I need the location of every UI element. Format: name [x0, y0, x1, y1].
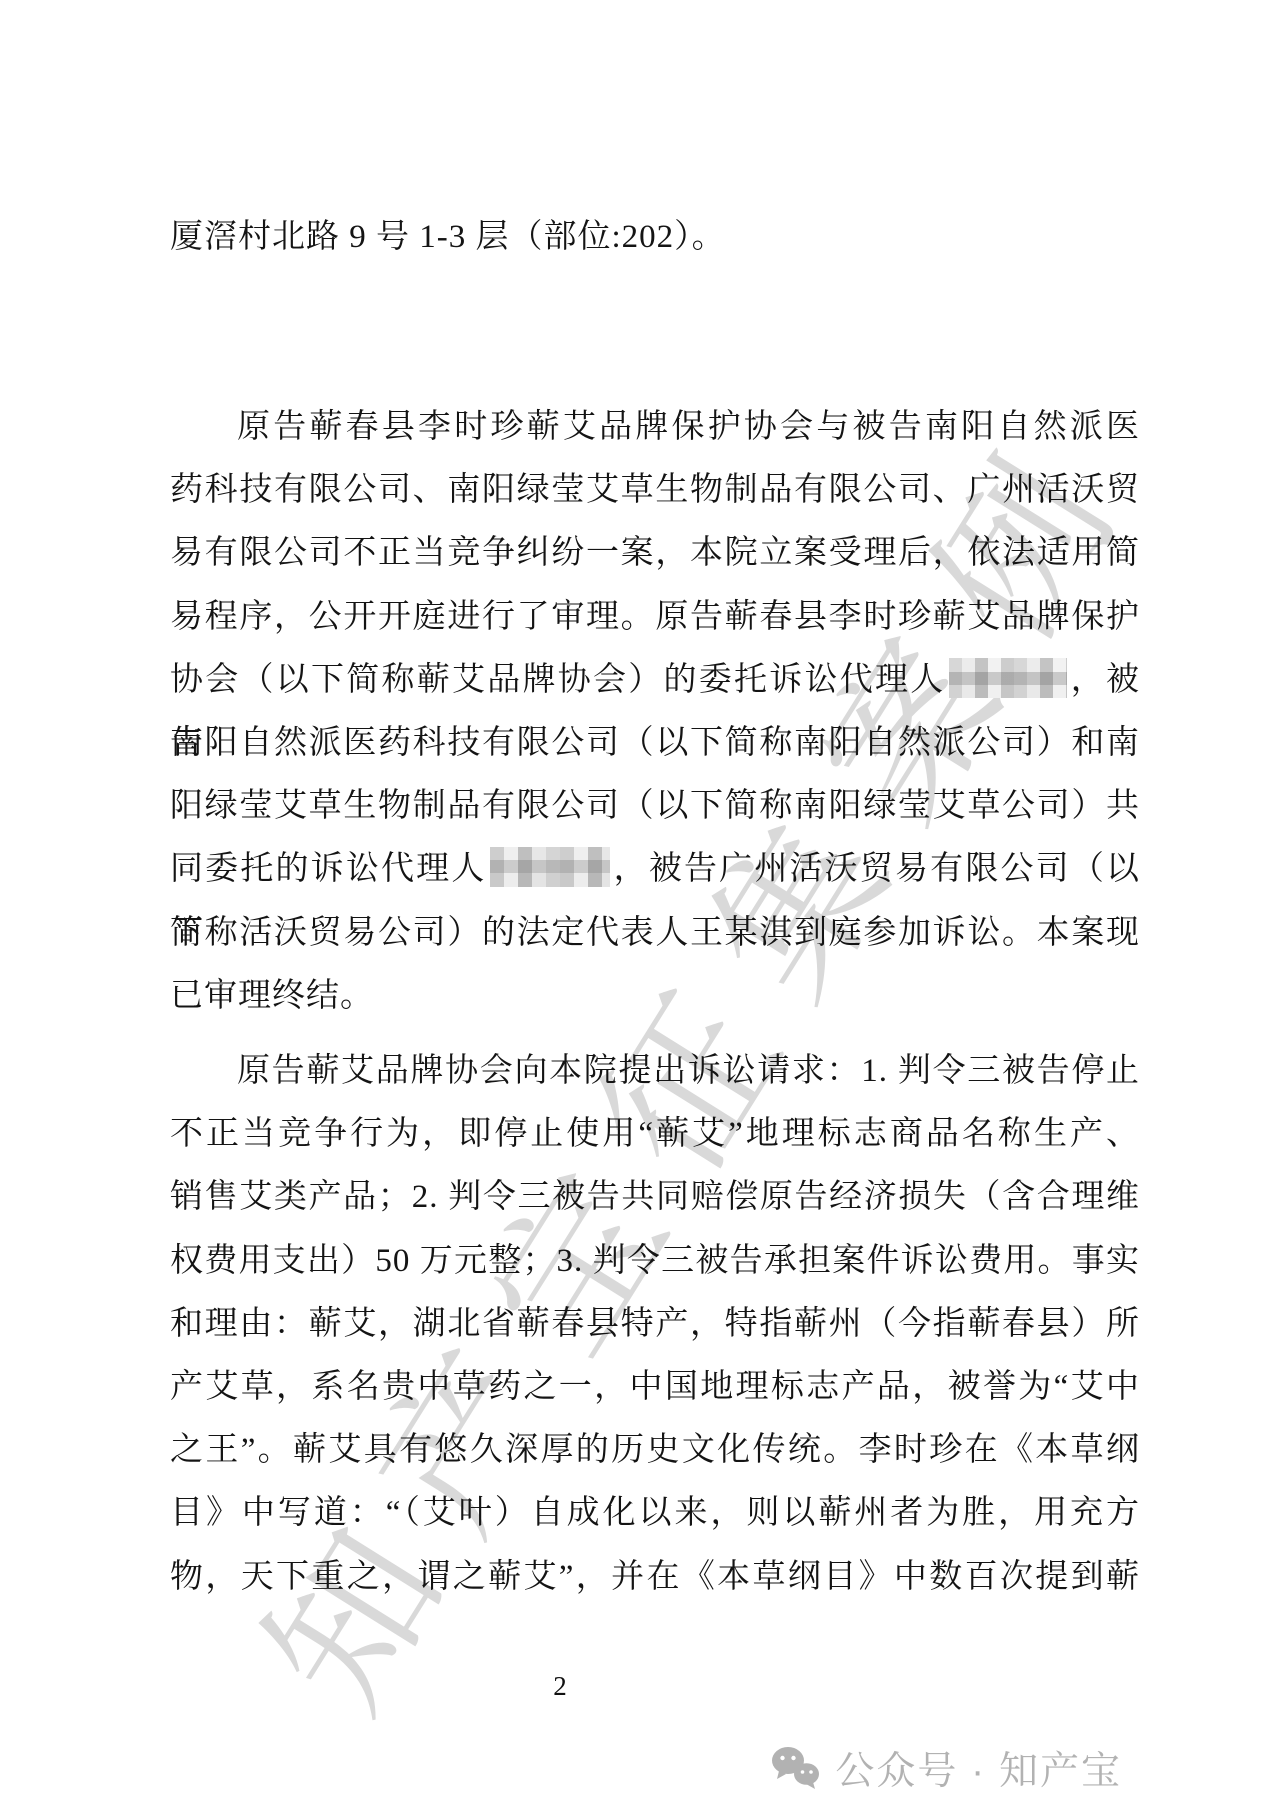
- body-line: 原告蕲春县李时珍蕲艾品牌保护协会与被告南阳自然派医: [170, 396, 1140, 459]
- footer-brand: 公众号 · 知产宝: [769, 1740, 1122, 1796]
- body-line-with-redaction: 同委托的诉讼代理人，被告广州活沃贸易有限公司（以下: [170, 838, 1140, 901]
- document-page: 知产宝征集案例 厦滘村北路 9 号 1-3 层（部位:202）。 原告蕲春县李时…: [0, 0, 1280, 1810]
- body-line: 之王”。蕲艾具有悠久深厚的历史文化传统。李时珍在《本草纲: [170, 1419, 1140, 1482]
- body-line-with-redaction: 协会（以下简称蕲艾品牌协会）的委托诉讼代理人，被告: [170, 649, 1140, 712]
- body-text: 协会（以下简称蕲艾品牌协会）的委托诉讼代理人: [170, 662, 946, 698]
- body-line: 南阳自然派医药科技有限公司（以下简称南阳自然派公司）和南: [170, 712, 1140, 775]
- body-line: 物，天下重之，谓之蕲艾”，并在《本草纲目》中数百次提到蕲: [170, 1546, 1140, 1609]
- redacted-name-mosaic: [949, 658, 1067, 698]
- body-line: 药科技有限公司、南阳绿莹艾草生物制品有限公司、广州活沃贸: [170, 459, 1140, 522]
- body-line: 阳绿莹艾草生物制品有限公司（以下简称南阳绿莹艾草公司）共: [170, 775, 1140, 838]
- paragraph-case-intro: 原告蕲春县李时珍蕲艾品牌保护协会与被告南阳自然派医 药科技有限公司、南阳绿莹艾草…: [170, 396, 1140, 1028]
- body-line: 权费用支出）50 万元整；3. 判令三被告承担案件诉讼费用。事实: [170, 1230, 1140, 1293]
- footer-brand-text: 公众号 · 知产宝: [835, 1740, 1122, 1796]
- body-line: 不正当竞争行为，即停止使用“蕲艾”地理标志商品名称生产、: [170, 1103, 1140, 1166]
- body-line: 和理由：蕲艾，湖北省蕲春县特产，特指蕲州（今指蕲春县）所: [170, 1293, 1140, 1356]
- body-line: 销售艾类产品；2. 判令三被告共同赔偿原告经济损失（含合理维: [170, 1166, 1140, 1229]
- address-line-block: 厦滘村北路 9 号 1-3 层（部位:202）。: [170, 206, 1140, 269]
- paragraph-claims: 原告蕲艾品牌协会向本院提出诉讼请求：1. 判令三被告停止 不正当竞争行为，即停止…: [170, 1040, 1140, 1609]
- address-line: 厦滘村北路 9 号 1-3 层（部位:202）。: [170, 206, 1140, 269]
- body-line: 易程序，公开开庭进行了审理。原告蕲春县李时珍蕲艾品牌保护: [170, 586, 1140, 649]
- page-number: 2: [520, 1668, 600, 1704]
- wechat-icon: [769, 1745, 821, 1791]
- body-line: 易有限公司不正当竞争纠纷一案，本院立案受理后，依法适用简: [170, 522, 1140, 585]
- body-line: 目》中写道：“（艾叶）自成化以来，则以蕲州者为胜，用充方: [170, 1482, 1140, 1545]
- redacted-name-mosaic: [490, 847, 610, 887]
- body-line: 产艾草，系名贵中草药之一，中国地理标志产品，被誉为“艾中: [170, 1356, 1140, 1419]
- body-line: 简称活沃贸易公司）的法定代表人王某淇到庭参加诉讼。本案现: [170, 902, 1140, 965]
- body-text: 同委托的诉讼代理人: [170, 851, 487, 887]
- body-line: 已审理终结。: [170, 965, 1140, 1028]
- body-line: 原告蕲艾品牌协会向本院提出诉讼请求：1. 判令三被告停止: [170, 1040, 1140, 1103]
